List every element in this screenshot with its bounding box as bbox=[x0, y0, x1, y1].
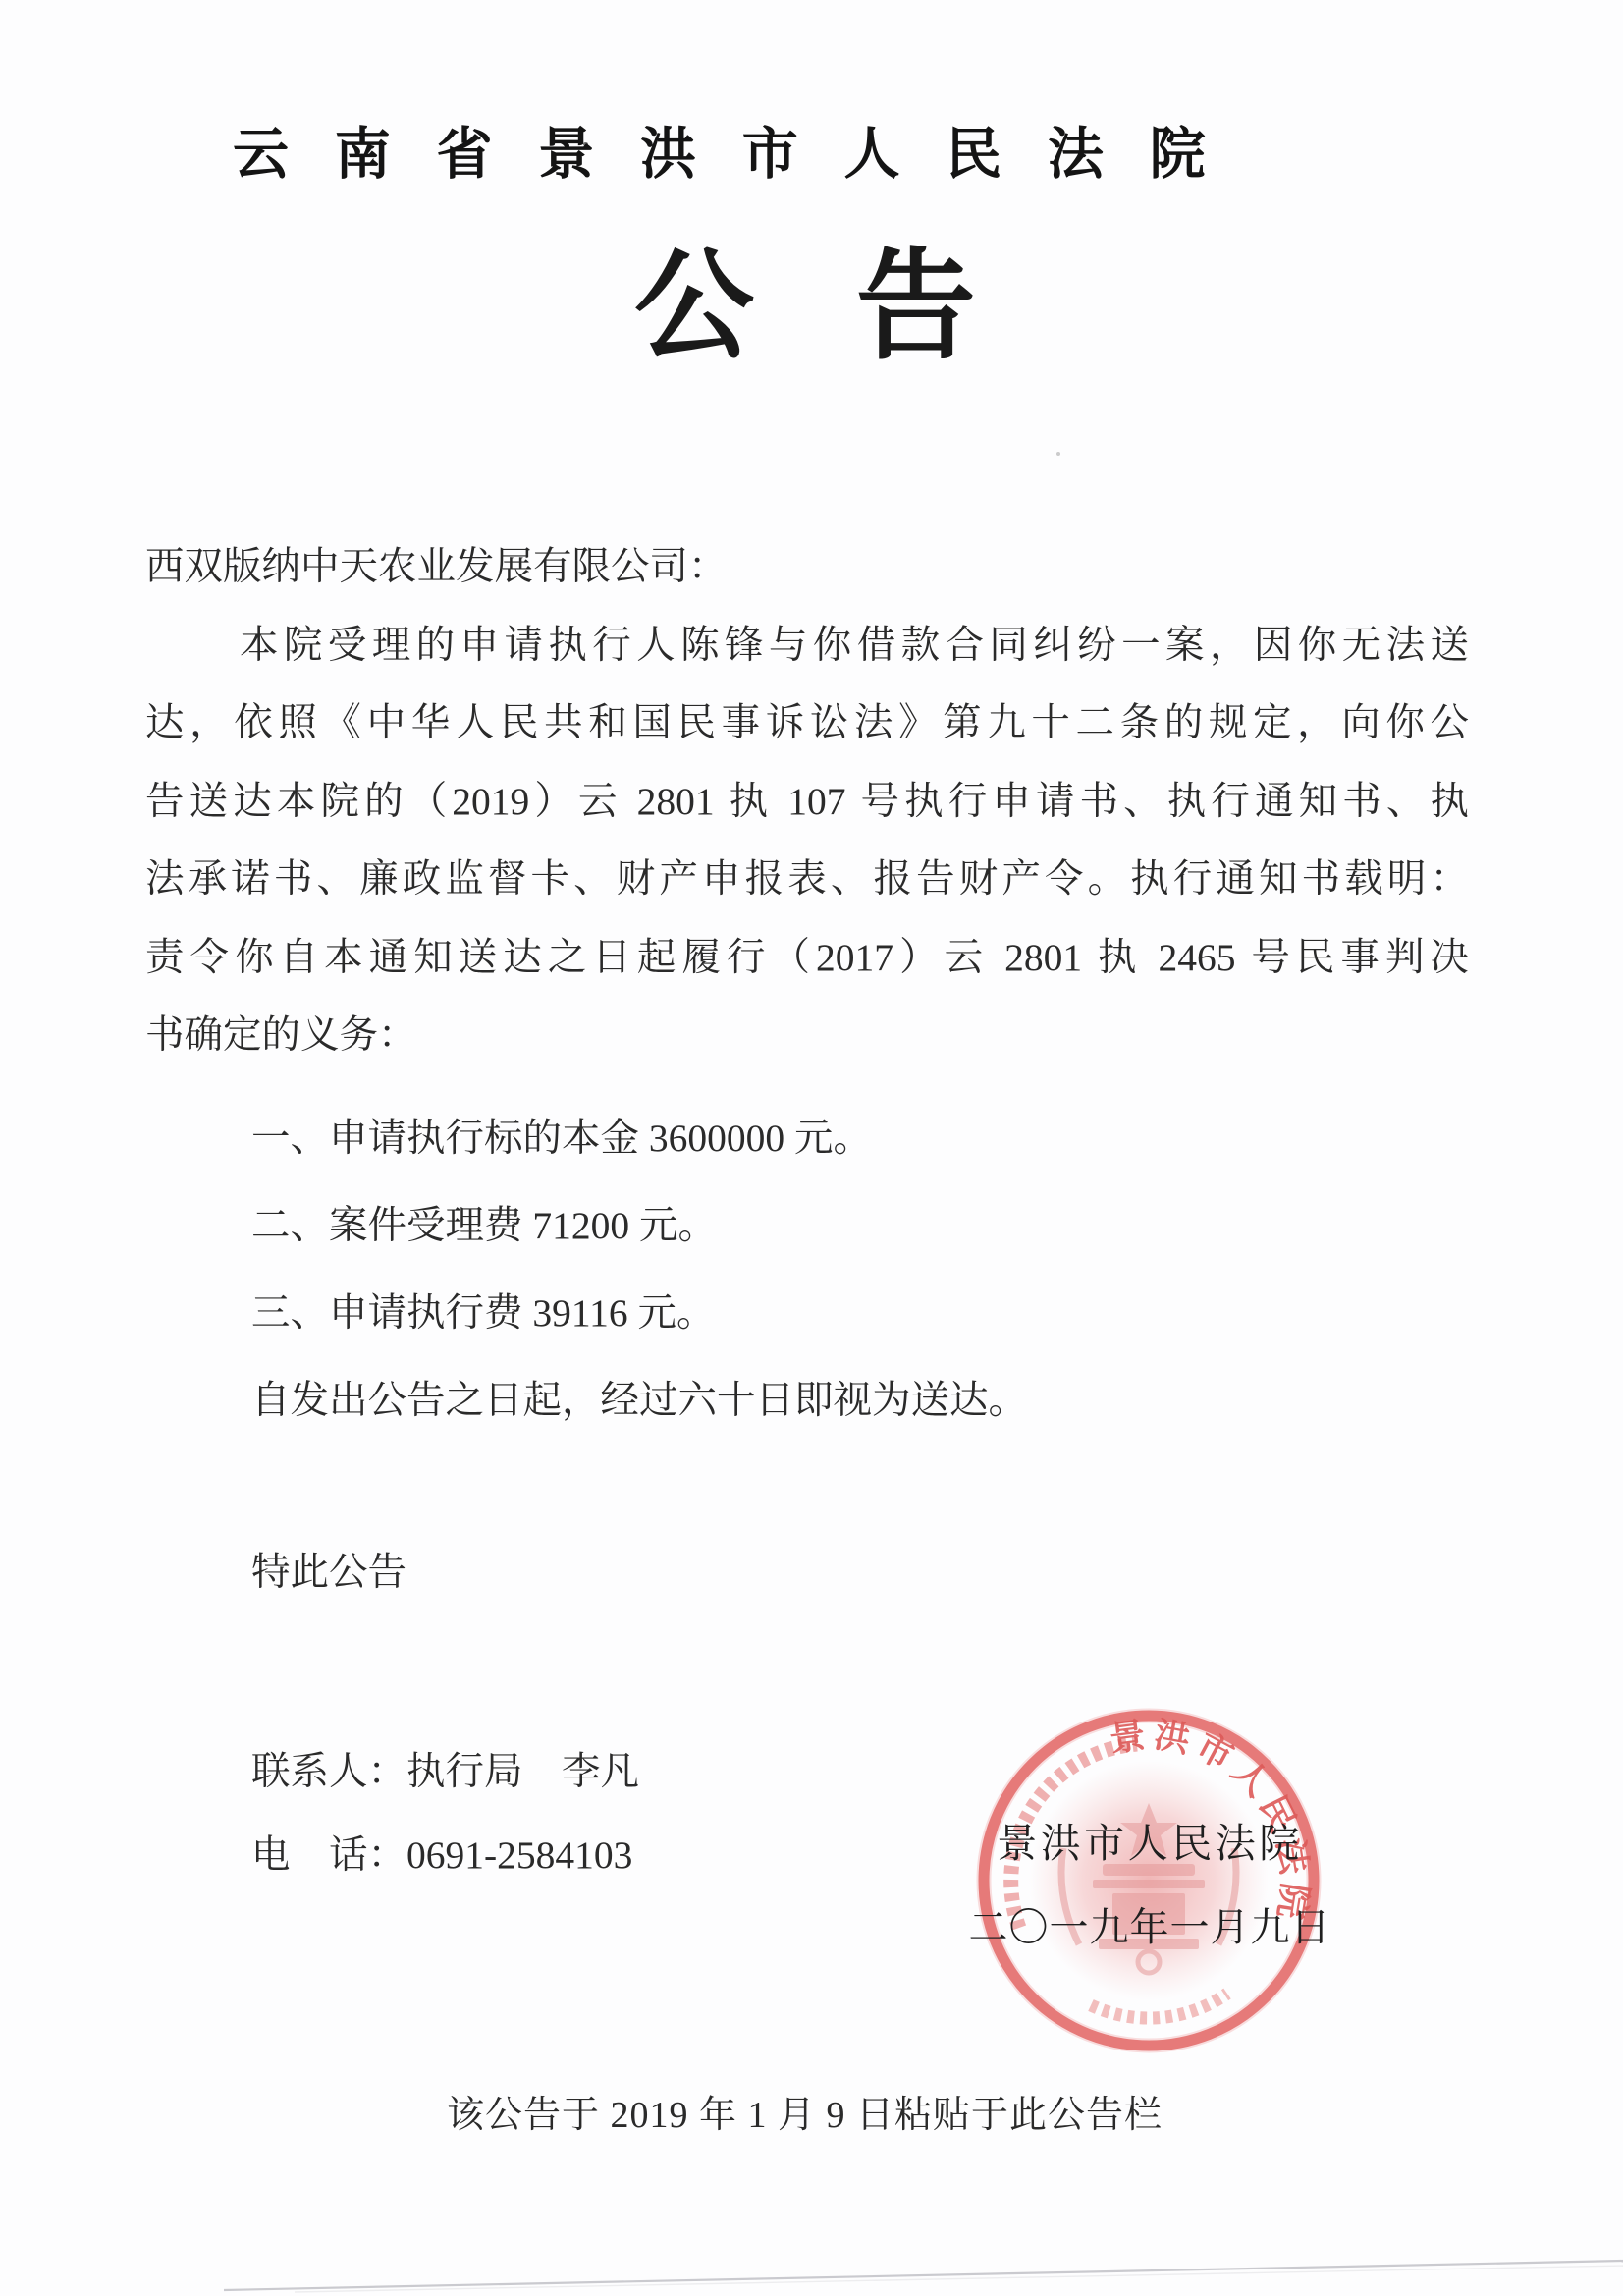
scan-speck bbox=[1056, 452, 1060, 456]
list-item: 三、申请执行费 39116 元。 bbox=[145, 1270, 1469, 1357]
body-line: 本院受理的申请执行人陈锋与你借款合同纠纷一案，因你无法送 bbox=[145, 607, 1469, 685]
posting-note: 该公告于 2019 年 1 月 9 日粘贴于此公告栏 bbox=[447, 2094, 1163, 2137]
body-line: 书确定的义务： bbox=[145, 997, 1469, 1075]
body-line: 法承诺书、廉政监督卡、财产申报表、报告财产令。执行通知书载明： bbox=[145, 841, 1469, 919]
closing-statement: 特此公告 bbox=[145, 1550, 1469, 1595]
signature-date: 二〇一九年一月九日 bbox=[957, 1886, 1342, 1970]
contact-phone-line: 电 话：0691-2584103 bbox=[145, 1814, 1029, 1897]
list-item: 一、申请执行标的本金 3600000 元。 bbox=[145, 1095, 1469, 1182]
court-title: 云南省景洪市人民法院 bbox=[233, 120, 1251, 191]
contact-info: 联系人：执行局 李凡 电 话：0691-2584103 bbox=[145, 1730, 1029, 1897]
body-line: 责令你自本通知送达之日起履行（2017）云 2801 执 2465 号民事判决 bbox=[145, 919, 1469, 998]
body-line: 达，依照《中华人民共和国民事诉讼法》第九十二条的规定，向你公 bbox=[145, 684, 1469, 763]
obligation-list: 一、申请执行标的本金 3600000 元。 二、案件受理费 71200 元。 三… bbox=[145, 1095, 1469, 1445]
list-item: 二、案件受理费 71200 元。 bbox=[145, 1182, 1469, 1270]
contact-person-line: 联系人：执行局 李凡 bbox=[145, 1730, 1029, 1814]
document-page: 云南省景洪市人民法院 公告 西双版纳中天农业发展有限公司： 本院受理的申请执行人… bbox=[0, 0, 1623, 2296]
signature-block: 景洪市人民法院 二〇一九年一月九日 bbox=[957, 1801, 1342, 1970]
announcement-heading: 公告 bbox=[634, 240, 1077, 377]
service-note-line: 自发出公告之日起，经过六十日即视为送达。 bbox=[145, 1357, 1469, 1445]
announcement-body: 西双版纳中天农业发展有限公司： 本院受理的申请执行人陈锋与你借款合同纠纷一案，因… bbox=[145, 528, 1469, 1075]
salutation-line: 西双版纳中天农业发展有限公司： bbox=[145, 528, 1469, 607]
scan-paper-edge bbox=[0, 2239, 1623, 2296]
signature-court-name: 景洪市人民法院 bbox=[957, 1801, 1342, 1886]
body-line: 告送达本院的（2019）云 2801 执 107 号执行申请书、执行通知书、执 bbox=[145, 763, 1469, 842]
